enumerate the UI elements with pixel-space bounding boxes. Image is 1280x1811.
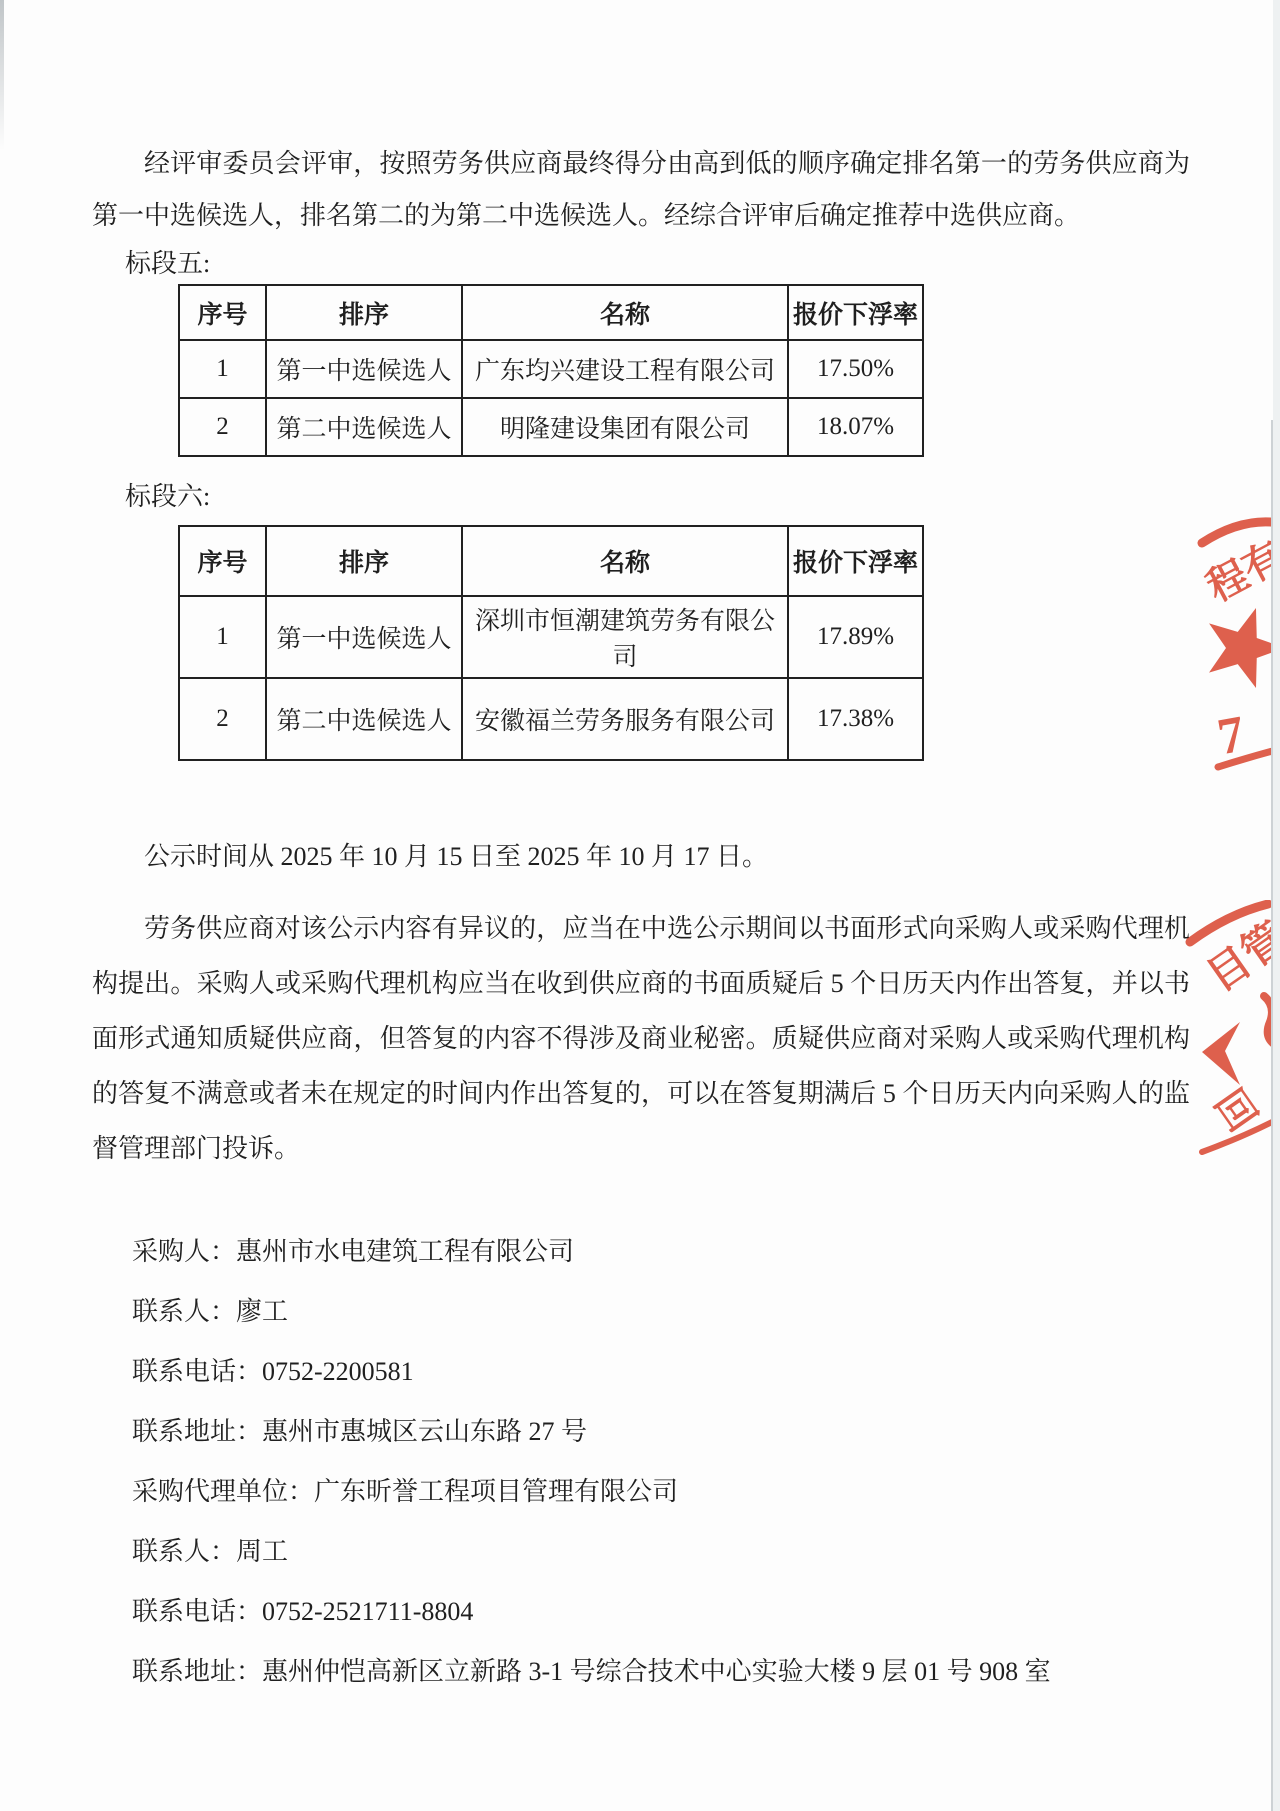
page-edge-shadow bbox=[1271, 420, 1273, 1811]
table-cell: 深圳市恒潮建筑劳务有限公司 bbox=[462, 596, 788, 678]
contact-line-agency-phone: 联系电话：0752-2521711-8804 bbox=[132, 1594, 1190, 1630]
table-header-cell: 排序 bbox=[266, 526, 462, 596]
table-cell: 17.50% bbox=[788, 340, 923, 398]
company-seal-lower: 目管 回 bbox=[1180, 900, 1280, 1170]
document-page: 经评审委员会评审，按照劳务供应商最终得分由高到低的顺序确定排名第一的劳务供应商为… bbox=[0, 0, 1280, 1811]
seal-star-point-icon bbox=[1202, 1022, 1240, 1085]
table-cell: 明隆建设集团有限公司 bbox=[462, 398, 788, 456]
contact-value: 廖工 bbox=[236, 1297, 288, 1326]
page-edge-strip bbox=[1273, 0, 1280, 1811]
contact-line-agency: 采购代理单位：广东昕誉工程项目管理有限公司 bbox=[132, 1474, 1190, 1510]
table-header-cell: 名称 bbox=[462, 285, 788, 340]
table-row: 1 第一中选候选人 广东均兴建设工程有限公司 17.50% bbox=[179, 340, 923, 398]
table-header-cell: 名称 bbox=[462, 526, 788, 596]
section-label-6: 标段六: bbox=[125, 479, 1190, 515]
contact-value: 惠州市水电建筑工程有限公司 bbox=[236, 1237, 574, 1266]
contact-line-address: 联系地址：惠州市惠城区云山东路 27 号 bbox=[132, 1414, 1190, 1450]
contact-label: 采购代理单位： bbox=[132, 1477, 314, 1506]
contact-line-person: 联系人：廖工 bbox=[132, 1294, 1190, 1330]
table-header-cell: 序号 bbox=[179, 285, 266, 340]
table-cell: 2 bbox=[179, 398, 266, 456]
table-cell: 第二中选候选人 bbox=[266, 678, 462, 760]
contact-line-agency-address: 联系地址：惠州仲恺高新区立新路 3-1 号综合技术中心实验大楼 9 层 01 号… bbox=[132, 1654, 1190, 1690]
table-row: 2 第二中选候选人 明隆建设集团有限公司 18.07% bbox=[179, 398, 923, 456]
bid-table-section-5: 序号 排序 名称 报价下浮率 1 第一中选候选人 广东均兴建设工程有限公司 17… bbox=[178, 284, 924, 457]
seal-star-icon bbox=[1195, 596, 1280, 693]
contact-label: 联系电话： bbox=[132, 1357, 262, 1386]
table-cell: 安徽福兰劳务服务有限公司 bbox=[462, 678, 788, 760]
table-cell: 1 bbox=[179, 340, 266, 398]
table-cell: 广东均兴建设工程有限公司 bbox=[462, 340, 788, 398]
intro-paragraph: 经评审委员会评审，按照劳务供应商最终得分由高到低的顺序确定排名第一的劳务供应商为… bbox=[92, 138, 1190, 242]
table-cell: 17.38% bbox=[788, 678, 923, 760]
table-cell: 第二中选候选人 bbox=[266, 398, 462, 456]
table-cell: 1 bbox=[179, 596, 266, 678]
page-edge-smudge bbox=[0, 0, 4, 150]
table-row: 2 第二中选候选人 安徽福兰劳务服务有限公司 17.38% bbox=[179, 678, 923, 760]
contact-label: 联系地址： bbox=[132, 1417, 262, 1446]
contact-value: 惠州市惠城区云山东路 27 号 bbox=[262, 1417, 587, 1446]
contact-block: 采购人：惠州市水电建筑工程有限公司 联系人：廖工 联系电话：0752-22005… bbox=[132, 1234, 1190, 1690]
contact-line-agency-person: 联系人：周工 bbox=[132, 1534, 1190, 1570]
table-cell: 17.89% bbox=[788, 596, 923, 678]
contact-value: 0752-2521711-8804 bbox=[262, 1597, 473, 1626]
contact-label: 采购人： bbox=[132, 1237, 236, 1266]
contact-value: 惠州仲恺高新区立新路 3-1 号综合技术中心实验大楼 9 层 01 号 908 … bbox=[262, 1657, 1051, 1686]
table-cell: 2 bbox=[179, 678, 266, 760]
objection-procedure-paragraph: 劳务供应商对该公示内容有异议的，应当在中选公示期间以书面形式向采购人或采购代理机… bbox=[92, 901, 1190, 1176]
publicity-period-paragraph: 公示时间从 2025 年 10 月 15 日至 2025 年 10 月 17 日… bbox=[92, 839, 1190, 875]
seal-ring-text: 程有 bbox=[1199, 533, 1280, 610]
contact-value: 周工 bbox=[236, 1537, 288, 1566]
contact-label: 联系地址： bbox=[132, 1657, 262, 1686]
contact-label: 联系人： bbox=[132, 1297, 236, 1326]
contact-value: 0752-2200581 bbox=[262, 1357, 414, 1386]
contact-line-phone: 联系电话：0752-2200581 bbox=[132, 1354, 1190, 1390]
table-cell: 第一中选候选人 bbox=[266, 340, 462, 398]
table-header-cell: 报价下浮率 bbox=[788, 285, 923, 340]
contact-label: 联系电话： bbox=[132, 1597, 262, 1626]
table-header-cell: 报价下浮率 bbox=[788, 526, 923, 596]
contact-label: 联系人： bbox=[132, 1537, 236, 1566]
table-header-cell: 序号 bbox=[179, 526, 266, 596]
contact-line-purchaser: 采购人：惠州市水电建筑工程有限公司 bbox=[132, 1234, 1190, 1270]
section-label-5: 标段五: bbox=[125, 246, 1190, 282]
table-cell: 第一中选候选人 bbox=[266, 596, 462, 678]
bid-table-section-6: 序号 排序 名称 报价下浮率 1 第一中选候选人 深圳市恒潮建筑劳务有限公司 1… bbox=[178, 525, 924, 761]
company-seal-upper: 程有 7 bbox=[1180, 505, 1280, 785]
table-header-row: 序号 排序 名称 报价下浮率 bbox=[179, 285, 923, 340]
contact-value: 广东昕誉工程项目管理有限公司 bbox=[314, 1477, 678, 1506]
table-row: 1 第一中选候选人 深圳市恒潮建筑劳务有限公司 17.89% bbox=[179, 596, 923, 678]
table-header-row: 序号 排序 名称 报价下浮率 bbox=[179, 526, 923, 596]
table-cell: 18.07% bbox=[788, 398, 923, 456]
table-header-cell: 排序 bbox=[266, 285, 462, 340]
